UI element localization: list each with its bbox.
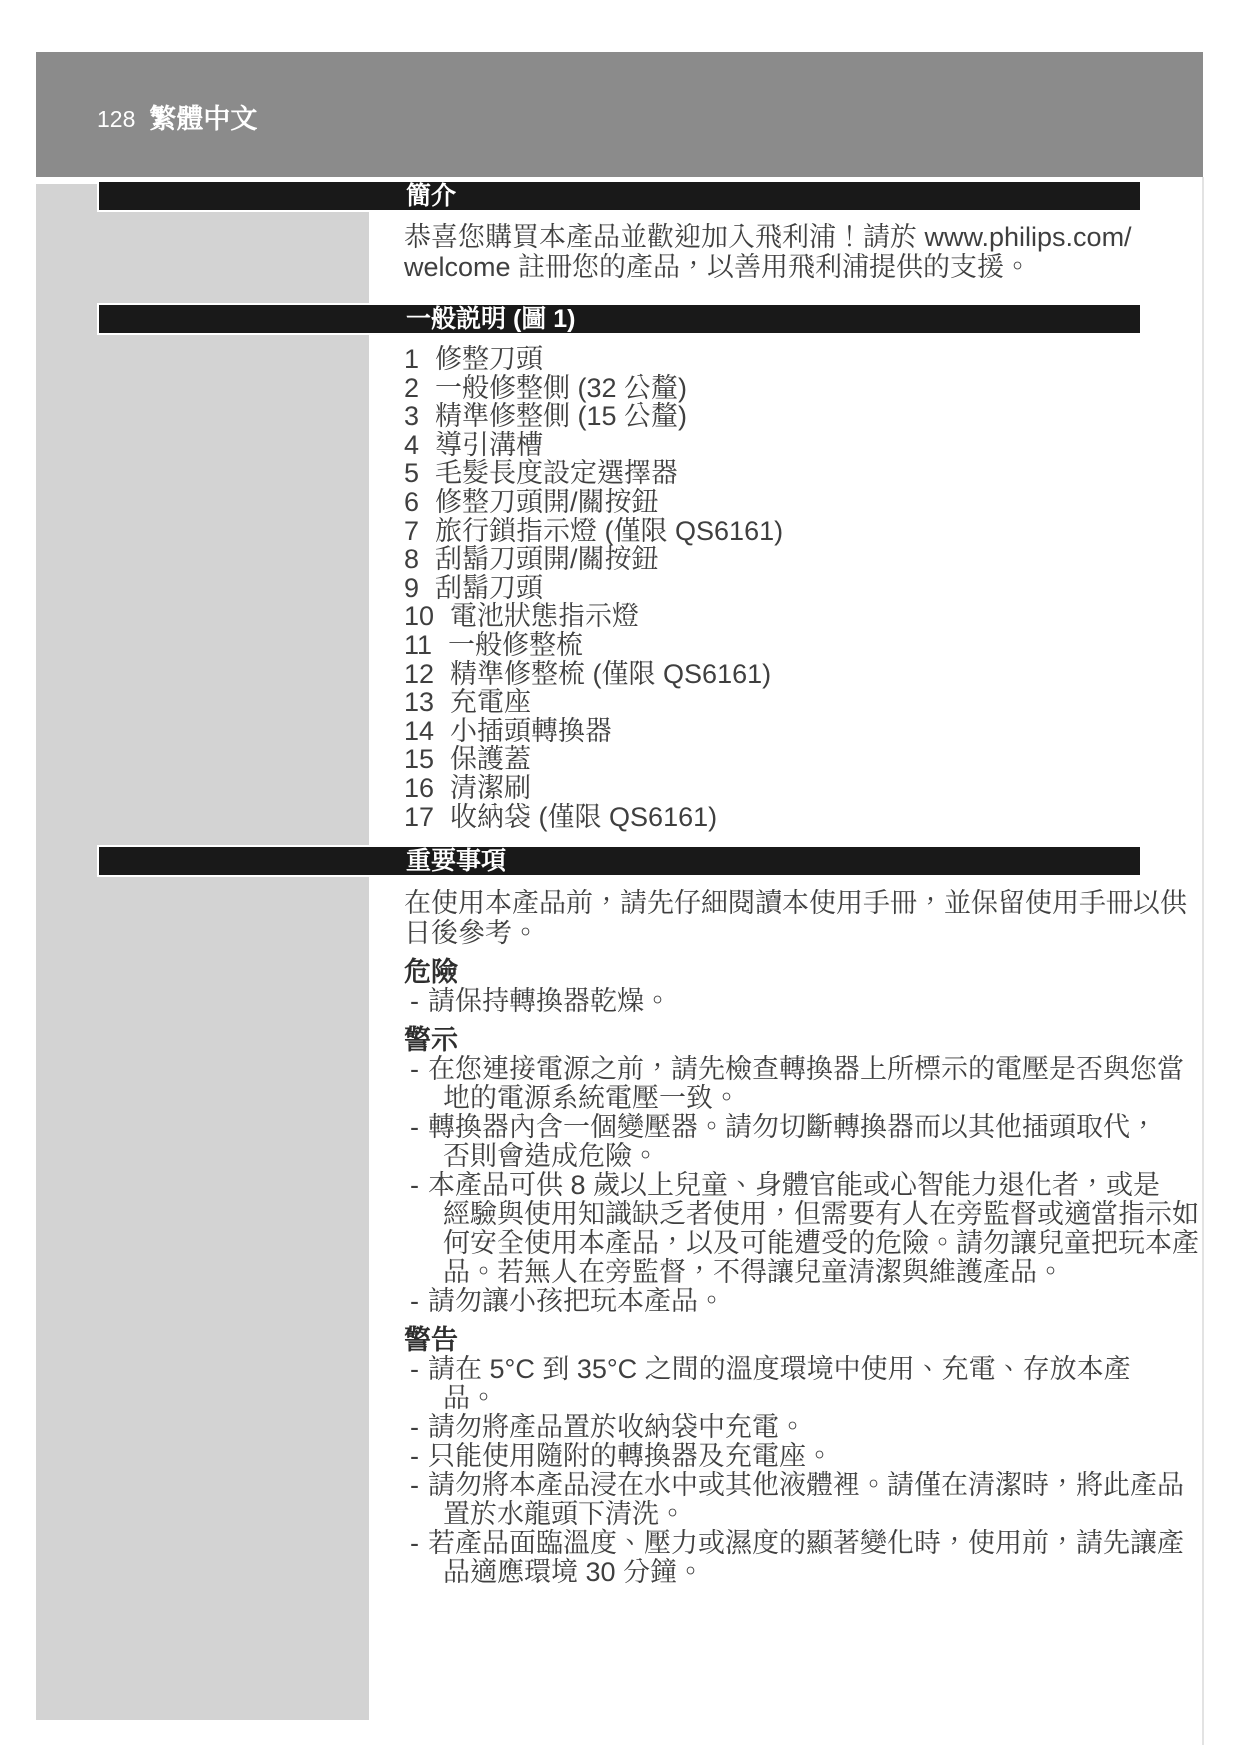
part-item: 7旅行鎖指示燈 (僅限 QS6161) [404, 517, 1140, 546]
part-item: 4導引溝槽 [404, 431, 1140, 460]
page-header-text: 128繁體中文 [97, 97, 257, 136]
part-number: 13 [404, 687, 434, 717]
parts-list-wrap: 1修整刀頭 2一般修整側 (32 公釐) 3精準修整側 (15 公釐) 4導引溝… [404, 345, 1140, 831]
subsection-warning: 警告 請在 5°C 到 35°C 之間的溫度環境中使用、充電、存放本產 品。 請… [404, 1325, 1140, 1587]
danger-heading: 危險 [404, 957, 1140, 987]
paragraph-line: 在使用本產品前，請先仔細閱讀本使用手冊，並保留使用手冊以供 [404, 888, 1140, 918]
intro-paragraph: 恭喜您購買本產品並歡迎加入飛利浦！請於 www.philips.com/ wel… [404, 222, 1140, 282]
part-item: 13充電座 [404, 688, 1140, 717]
part-number: 1 [404, 344, 419, 374]
paragraph-line: 日後參考。 [404, 918, 1140, 948]
part-item: 10電池狀態指示燈 [404, 602, 1140, 631]
part-label: 精準修整側 (15 公釐) [435, 401, 687, 431]
bullet-line: 請勿將本產品浸在水中或其他液體裡。請僅在清潔時，將此產品 [428, 1471, 1140, 1500]
part-number: 8 [404, 544, 419, 574]
section-bar-intro: 簡介 [97, 180, 1140, 212]
warning-heading: 警告 [404, 1325, 1140, 1355]
part-label: 一般修整梳 [448, 630, 583, 660]
part-label: 一般修整側 (32 公釐) [435, 373, 687, 403]
part-item: 12精準修整梳 (僅限 QS6161) [404, 660, 1140, 689]
part-label: 修整刀頭 [435, 344, 543, 374]
bullet-line: 請勿讓小孩把玩本產品。 [428, 1287, 1140, 1316]
bullet-line: 置於水龍頭下清洗。 [428, 1500, 1140, 1529]
part-number: 7 [404, 516, 419, 546]
bullet-item: 請勿將產品置於收納袋中充電。 [404, 1413, 1140, 1442]
part-item: 17收納袋 (僅限 QS6161) [404, 803, 1140, 832]
bullet-line: 請勿將產品置於收納袋中充電。 [428, 1413, 1140, 1442]
part-item: 5毛髮長度設定選擇器 [404, 459, 1140, 488]
section-title-important: 重要事項 [406, 847, 506, 875]
part-item: 15保護蓋 [404, 745, 1140, 774]
part-item: 14小插頭轉換器 [404, 717, 1140, 746]
part-number: 10 [404, 601, 434, 631]
bullet-item: 只能使用隨附的轉換器及充電座。 [404, 1442, 1140, 1471]
page-edge-shadow [1202, 177, 1204, 1745]
danger-bullets: 請保持轉換器乾燥。 [404, 987, 1140, 1016]
section-bar-important: 重要事項 [97, 845, 1140, 877]
bullet-line: 品適應環境 30 分鐘。 [428, 1558, 1140, 1587]
bullet-item: 請在 5°C 到 35°C 之間的溫度環境中使用、充電、存放本產 品。 [404, 1355, 1140, 1413]
part-number: 17 [404, 802, 434, 832]
paragraph-line: welcome 註冊您的產品，以善用飛利浦提供的支援。 [404, 252, 1140, 282]
part-number: 6 [404, 487, 419, 517]
part-item: 8刮鬍刀頭開/關按鈕 [404, 545, 1140, 574]
caution-heading: 警示 [404, 1025, 1140, 1055]
part-label: 小插頭轉換器 [450, 716, 612, 746]
bullet-item: 本產品可供 8 歲以上兒童、身體官能或心智能力退化者，或是 經驗與使用知識缺乏者… [404, 1171, 1140, 1287]
bullet-line: 在您連接電源之前，請先檢查轉換器上所標示的電壓是否與您當 [428, 1055, 1140, 1084]
part-number: 3 [404, 401, 419, 431]
part-label: 電池狀態指示燈 [450, 601, 639, 631]
subsection-danger: 危險 請保持轉換器乾燥。 [404, 957, 1140, 1016]
bullet-line: 經驗與使用知識缺乏者使用，但需要有人在旁監督或適當指示如 [428, 1200, 1140, 1229]
part-number: 11 [404, 630, 432, 660]
bullet-line: 請在 5°C 到 35°C 之間的溫度環境中使用、充電、存放本產 [428, 1355, 1140, 1384]
part-label: 收納袋 (僅限 QS6161) [450, 802, 717, 832]
bullet-line: 品。若無人在旁監督，不得讓兒童清潔與維護產品。 [428, 1258, 1140, 1287]
part-label: 充電座 [450, 687, 531, 717]
bullet-line: 何安全使用本產品，以及可能遭受的危險。請勿讓兒童把玩本產 [428, 1229, 1140, 1258]
bullet-item: 轉換器內含一個變壓器。請勿切斷轉換器而以其他插頭取代， 否則會造成危險。 [404, 1113, 1140, 1171]
parts-list: 1修整刀頭 2一般修整側 (32 公釐) 3精準修整側 (15 公釐) 4導引溝… [404, 345, 1140, 831]
part-label: 旅行鎖指示燈 (僅限 QS6161) [435, 516, 783, 546]
bullet-line: 品。 [428, 1384, 1140, 1413]
caution-bullets: 在您連接電源之前，請先檢查轉換器上所標示的電壓是否與您當 地的電源系統電壓一致。… [404, 1055, 1140, 1316]
warning-bullets: 請在 5°C 到 35°C 之間的溫度環境中使用、充電、存放本產 品。 請勿將產… [404, 1355, 1140, 1587]
bullet-line: 地的電源系統電壓一致。 [428, 1084, 1140, 1113]
part-label: 刮鬍刀頭 [435, 573, 543, 603]
part-label: 保護蓋 [450, 744, 531, 774]
part-item: 9刮鬍刀頭 [404, 574, 1140, 603]
page-language-label: 繁體中文 [149, 104, 257, 134]
part-item: 16清潔刷 [404, 774, 1140, 803]
section-title-intro: 簡介 [406, 182, 456, 210]
part-number: 15 [404, 744, 434, 774]
part-item: 2一般修整側 (32 公釐) [404, 374, 1140, 403]
part-label: 導引溝槽 [435, 430, 543, 460]
bullet-line: 請保持轉換器乾燥。 [428, 987, 1140, 1016]
part-item: 6修整刀頭開/關按鈕 [404, 488, 1140, 517]
part-number: 16 [404, 773, 434, 803]
bullet-line: 若產品面臨溫度、壓力或濕度的顯著變化時，使用前，請先讓產 [428, 1529, 1140, 1558]
part-number: 4 [404, 430, 419, 460]
part-number: 12 [404, 659, 434, 689]
part-number: 14 [404, 716, 434, 746]
part-label: 清潔刷 [450, 773, 531, 803]
bullet-item: 請勿讓小孩把玩本產品。 [404, 1287, 1140, 1316]
section-bar-general-description: 一般説明 (圖 1) [97, 303, 1140, 335]
bullet-item: 請勿將本產品浸在水中或其他液體裡。請僅在清潔時，將此產品 置於水龍頭下清洗。 [404, 1471, 1140, 1529]
bullet-item: 若產品面臨溫度、壓力或濕度的顯著變化時，使用前，請先讓產 品適應環境 30 分鐘… [404, 1529, 1140, 1587]
part-number: 2 [404, 373, 419, 403]
part-item: 3精準修整側 (15 公釐) [404, 402, 1140, 431]
part-item: 1修整刀頭 [404, 345, 1140, 374]
bullet-item: 請保持轉換器乾燥。 [404, 987, 1140, 1016]
bullet-line: 否則會造成危險。 [428, 1142, 1140, 1171]
important-paragraph: 在使用本產品前，請先仔細閱讀本使用手冊，並保留使用手冊以供 日後參考。 [404, 888, 1140, 948]
bullet-line: 本產品可供 8 歲以上兒童、身體官能或心智能力退化者，或是 [428, 1171, 1140, 1200]
page-header-band: 128繁體中文 [36, 52, 1203, 177]
part-label: 刮鬍刀頭開/關按鈕 [435, 544, 659, 574]
bullet-line: 轉換器內含一個變壓器。請勿切斷轉換器而以其他插頭取代， [428, 1113, 1140, 1142]
part-number: 5 [404, 458, 419, 488]
part-label: 毛髮長度設定選擇器 [435, 458, 678, 488]
subsection-caution: 警示 在您連接電源之前，請先檢查轉換器上所標示的電壓是否與您當 地的電源系統電壓… [404, 1025, 1140, 1316]
content-column: 簡介 恭喜您購買本產品並歡迎加入飛利浦！請於 www.philips.com/ … [97, 180, 1140, 1587]
part-item: 11一般修整梳 [404, 631, 1140, 660]
part-label: 修整刀頭開/關按鈕 [435, 487, 659, 517]
part-number: 9 [404, 573, 419, 603]
bullet-item: 在您連接電源之前，請先檢查轉換器上所標示的電壓是否與您當 地的電源系統電壓一致。 [404, 1055, 1140, 1113]
part-label: 精準修整梳 (僅限 QS6161) [450, 659, 771, 689]
bullet-line: 只能使用隨附的轉換器及充電座。 [428, 1442, 1140, 1471]
section-title-general-description: 一般説明 (圖 1) [406, 305, 575, 333]
page-number: 128 [97, 106, 135, 132]
paragraph-line: 恭喜您購買本產品並歡迎加入飛利浦！請於 www.philips.com/ [404, 222, 1140, 252]
